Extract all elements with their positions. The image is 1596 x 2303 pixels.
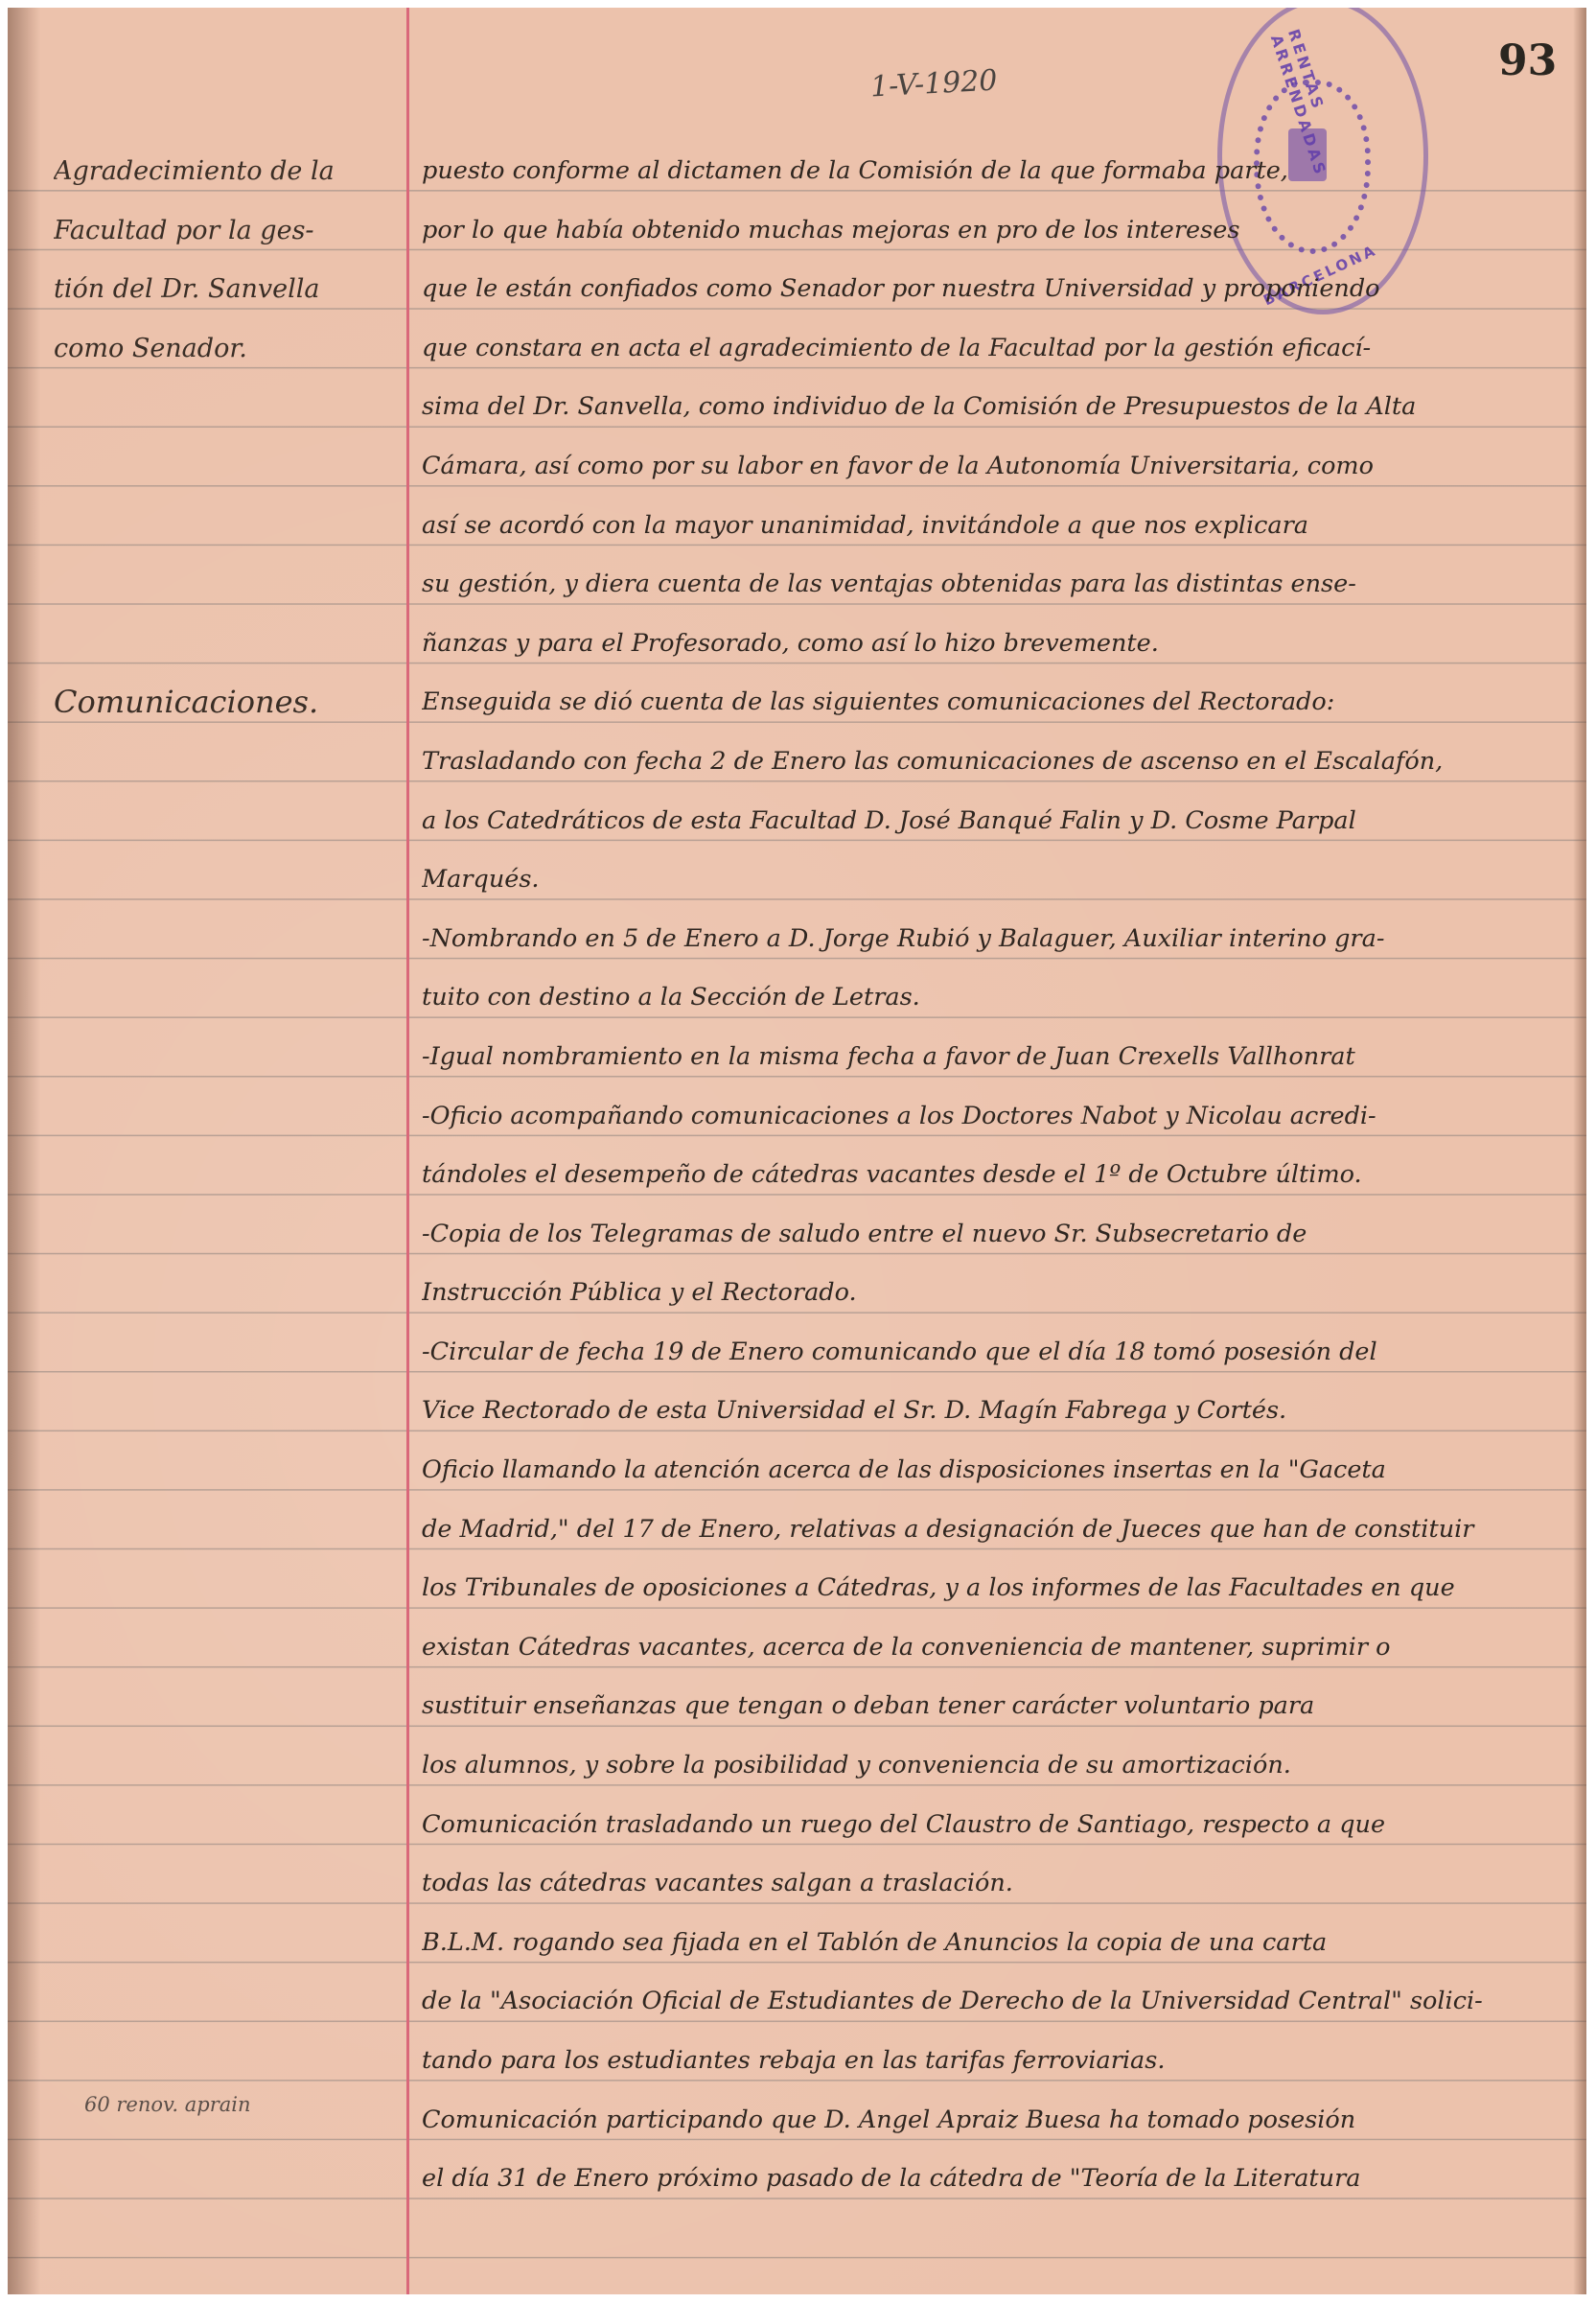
body-line: Comunicación participando que D. Angel A… bbox=[422, 2091, 1572, 2151]
body-line: tando para los estudiantes rebaja en las… bbox=[422, 2032, 1572, 2091]
body-line: -Oficio acompañando comunicaciones a los… bbox=[422, 1087, 1572, 1147]
body-line: que le están confiados como Senador por … bbox=[422, 260, 1572, 319]
margin-note-line: Agradecimiento de la bbox=[54, 142, 399, 201]
body-line: todas las cátedras vacantes salgan a tra… bbox=[422, 1854, 1572, 1914]
margin-note-line: Facultad por la ges- bbox=[54, 201, 399, 261]
body-line: sima del Dr. Sanvella, como individuo de… bbox=[422, 378, 1572, 437]
page-edge bbox=[1573, 8, 1586, 2294]
body-line: el día 31 de Enero próximo pasado de la … bbox=[422, 2150, 1572, 2209]
body-line: por lo que había obtenido muchas mejoras… bbox=[422, 201, 1572, 261]
margin-note-line: 60 renov. aprain bbox=[84, 2076, 429, 2135]
body-line: los Tribunales de oposiciones a Cátedras… bbox=[422, 1559, 1572, 1618]
body-line: Marqués. bbox=[422, 850, 1572, 910]
body-line: -Circular de fecha 19 de Enero comunican… bbox=[422, 1323, 1572, 1383]
body-line: Instrucción Pública y el Rectorado. bbox=[422, 1264, 1572, 1323]
body-line: Trasladando con fecha 2 de Enero las com… bbox=[422, 733, 1572, 792]
body-line: Oficio llamando la atención acerca de la… bbox=[422, 1441, 1572, 1500]
body-line: puesto conforme al dictamen de la Comisi… bbox=[422, 142, 1572, 201]
body-line: que constara en acta el agradecimiento d… bbox=[422, 319, 1572, 379]
margin-note-comunicaciones: Comunicaciones. bbox=[54, 673, 399, 733]
body-line: su gestión, y diera cuenta de las ventaj… bbox=[422, 555, 1572, 615]
margin-note-small: 60 renov. aprain bbox=[84, 2076, 429, 2135]
body-line: a los Catedráticos de esta Facultad D. J… bbox=[422, 792, 1572, 851]
margin-rule bbox=[406, 8, 409, 2294]
body-line: B.L.M. rogando sea fijada en el Tablón d… bbox=[422, 1914, 1572, 1973]
body-line: los alumnos, y sobre la posibilidad y co… bbox=[422, 1736, 1572, 1796]
margin-note-line: como Senador. bbox=[54, 319, 399, 379]
body-line: tuito con destino a la Sección de Letras… bbox=[422, 968, 1572, 1028]
margin-note-line: Comunicaciones. bbox=[54, 673, 399, 733]
ledger-page: 1-V-1920 93 RENTAS ARRENDADAS BARCELONA … bbox=[8, 8, 1586, 2294]
body-line: tándoles el desempeño de cátedras vacant… bbox=[422, 1146, 1572, 1205]
body-line: existan Cátedras vacantes, acerca de la … bbox=[422, 1618, 1572, 1678]
binding-shadow bbox=[8, 8, 40, 2294]
margin-note-line: tión del Dr. Sanvella bbox=[54, 260, 399, 319]
body-line: de Madrid," del 17 de Enero, relativas a… bbox=[422, 1500, 1572, 1560]
minutes-body: puesto conforme al dictamen de la Comisi… bbox=[422, 142, 1572, 2209]
body-line: ñanzas y para el Profesorado, como así l… bbox=[422, 615, 1572, 674]
body-line: sustituir enseñanzas que tengan o deban … bbox=[422, 1677, 1572, 1736]
body-line: Comunicación trasladando un ruego del Cl… bbox=[422, 1796, 1572, 1855]
margin-note-agradecimiento: Agradecimiento de la Facultad por la ges… bbox=[54, 142, 399, 378]
body-line: así se acordó con la mayor unanimidad, i… bbox=[422, 497, 1572, 556]
body-line: -Copia de los Telegramas de saludo entre… bbox=[422, 1205, 1572, 1265]
body-line: Vice Rectorado de esta Universidad el Sr… bbox=[422, 1382, 1572, 1441]
body-line: de la "Asociación Oficial de Estudiantes… bbox=[422, 1972, 1572, 2032]
entry-date: 1-V-1920 bbox=[869, 64, 998, 105]
body-line: Enseguida se dió cuenta de las siguiente… bbox=[422, 673, 1572, 733]
body-line: -Igual nombramiento en la misma fecha a … bbox=[422, 1028, 1572, 1087]
page-number: 93 bbox=[1498, 36, 1557, 85]
body-line: -Nombrando en 5 de Enero a D. Jorge Rubi… bbox=[422, 910, 1572, 969]
body-line: Cámara, así como por su labor en favor d… bbox=[422, 437, 1572, 497]
